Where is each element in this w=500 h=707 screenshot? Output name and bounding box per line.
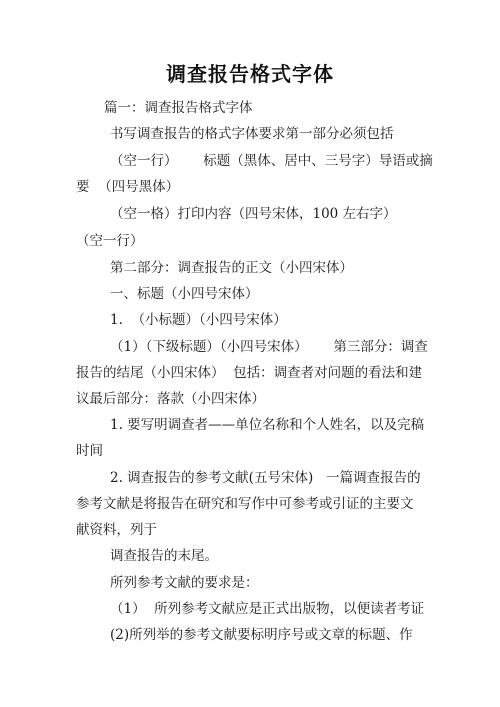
paragraph-line: （1） 所列参考文献应是正式出版物，以便读者考证 xyxy=(110,599,470,619)
document-title: 调查报告格式字体 xyxy=(0,60,500,88)
paragraph-line: 一、标题（小四号宋体） xyxy=(110,284,470,304)
paragraph-line: 报告的结尾（小四宋体） 包括：调查者对问题的看法和建 xyxy=(76,363,436,383)
paragraph-line: 调查报告的末尾。 xyxy=(110,546,470,566)
paragraph-line: 1. 要写明调查者——单位名称和个人姓名，以及完稿 xyxy=(110,415,470,435)
paragraph-line: （1）（下级标题）（小四号宋体） 第三部分：调查 xyxy=(110,337,470,357)
paragraph-line: （空一格）打印内容（四号宋体，100 左右字） xyxy=(110,204,470,224)
paragraph-line: 参考文献是将报告在研究和写作中可参考或引证的主要文 xyxy=(76,494,436,514)
paragraph-line: 议最后部分：落款（小四宋体） xyxy=(76,389,436,409)
paragraph-line: 书写调查报告的格式字体要求第一部分必须包括 xyxy=(110,124,470,144)
paragraph-line: 第二部分：调查报告的正文（小四宋体） xyxy=(110,258,470,278)
paragraph-line: 要 （四号黑体） xyxy=(76,177,436,197)
paragraph-line: 所列参考文献的要求是： xyxy=(110,573,470,593)
paragraph-line: （空一行） 标题（黑体、居中、三号字）导语或摘 xyxy=(110,151,470,171)
paragraph-line: 篇一：调查报告格式字体 xyxy=(104,98,464,118)
paragraph-line: (2)所列举的参考文献要标明序号或文章的标题、作 xyxy=(110,625,470,645)
paragraph-line: 献资料，列于 xyxy=(76,520,436,540)
paragraph-line: 2. 调查报告的参考文献(五号宋体) 一篇调查报告的 xyxy=(110,468,470,488)
paragraph-line: 1. （小标题）（小四号宋体） xyxy=(110,310,470,330)
paragraph-line: （空一行） xyxy=(76,231,436,251)
paragraph-line: 时间 xyxy=(76,441,436,461)
